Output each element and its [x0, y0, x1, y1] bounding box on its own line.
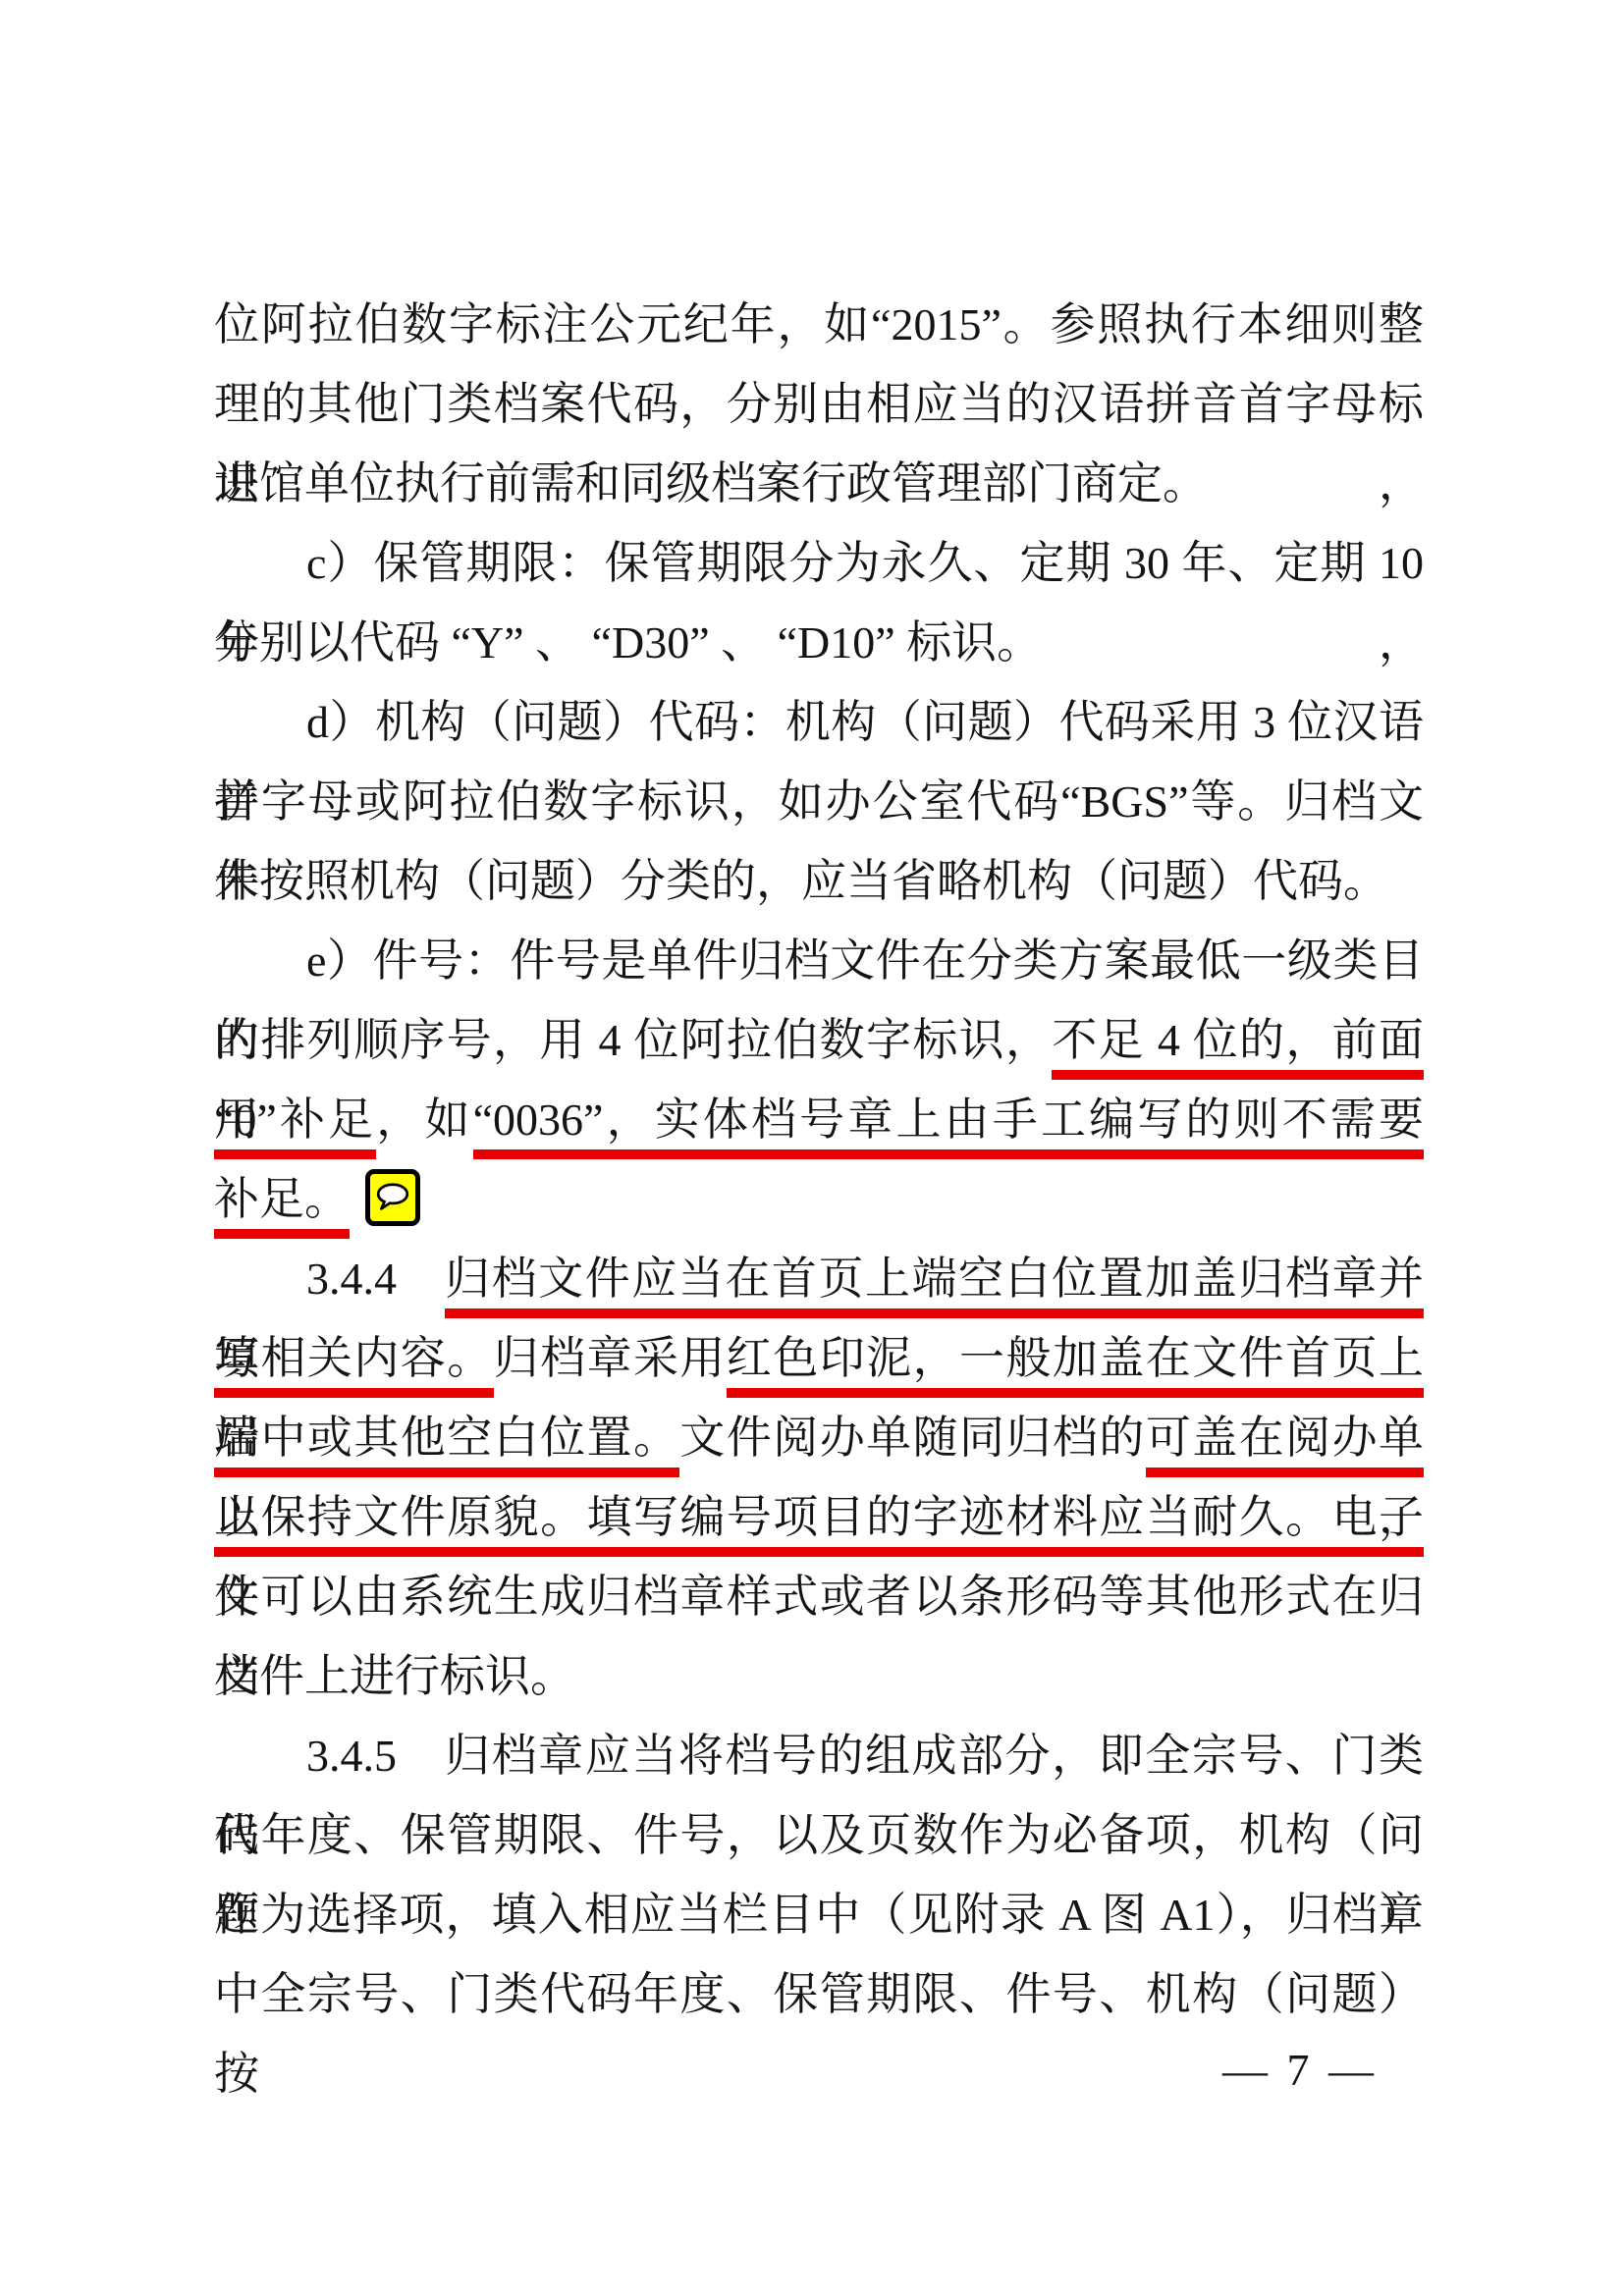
text-run: 作为选择项，填入相应当栏目中（见附录 A 图 A1），归档章	[214, 1890, 1424, 1940]
comment-icon[interactable]	[365, 1169, 420, 1226]
red-underlined-text: 补足。	[214, 1174, 350, 1239]
text-line: 位阿拉伯数字标注公元纪年，如“2015”。参照执行本细则整	[214, 285, 1424, 364]
text-run: 3.4.4	[306, 1254, 445, 1304]
text-line: 3.4.5 归档章应当将档号的组成部分，即全宗号、门类代	[214, 1716, 1424, 1795]
text-block: 位阿拉伯数字标注公元纪年，如“2015”。参照执行本细则整理的其他门类档案代码，…	[214, 285, 1424, 2034]
text-run: 的排列顺序号，用 4 位阿拉伯数字标识，	[214, 1015, 1052, 1065]
red-underlined-text: 写相关内容。	[214, 1333, 494, 1398]
text-line: 理的其他门类档案代码，分别由相应当的汉语拼音首字母标识，	[214, 364, 1424, 444]
text-line: 以保持文件原貌。填写编号项目的字迹材料应当耐久。电子文	[214, 1477, 1424, 1557]
text-line: d）机构（问题）代码：机构（问题）代码采用 3 位汉语拼	[214, 682, 1424, 762]
text-line: 中全宗号、门类代码年度、保管期限、件号、机构（问题）按	[214, 1954, 1424, 2034]
text-line: 3.4.4 归档文件应当在首页上端空白位置加盖归档章并填	[214, 1239, 1424, 1318]
text-run: ，如	[376, 1095, 472, 1145]
red-underlined-text: 居中或其他空白位置。	[214, 1413, 679, 1477]
text-run: 文件上进行标识。	[214, 1651, 575, 1701]
red-underlined-text: “0036”，实体档号章上由手工编写的则不需要	[473, 1095, 1424, 1159]
text-run: 文件阅办单随同归档的	[679, 1413, 1145, 1463]
document-page: 位阿拉伯数字标注公元纪年，如“2015”。参照执行本细则整理的其他门类档案代码，…	[0, 0, 1624, 2296]
text-line: e）件号：件号是单件归档文件在分类方案最低一级类目内	[214, 921, 1424, 1000]
text-line: 码年度、保管期限、件号，以及页数作为必备项，机构（问题）	[214, 1795, 1424, 1875]
text-run: 分别以代码 “Y” 、 “D30” 、 “D10” 标识。	[214, 617, 1042, 667]
text-run: 归档章采用	[494, 1333, 727, 1383]
text-line: 补足。	[214, 1159, 1424, 1239]
text-line: c）保管期限：保管期限分为永久、定期 30 年、定期 10 年，	[214, 523, 1424, 603]
text-line: 的排列顺序号，用 4 位阿拉伯数字标识，不足 4 位的，前面用	[214, 1000, 1424, 1080]
text-line: 作为选择项，填入相应当栏目中（见附录 A 图 A1），归档章	[214, 1875, 1424, 1954]
page-number: — 7 —	[1222, 2044, 1378, 2096]
red-underlined-text: “0”补足	[214, 1095, 376, 1159]
text-line: “0”补足，如“0036”，实体档号章上由手工编写的则不需要	[214, 1080, 1424, 1159]
text-line: 写相关内容。归档章采用红色印泥，一般加盖在文件首页上端	[214, 1318, 1424, 1398]
text-line: 件可以由系统生成归档章样式或者以条形码等其他形式在归档	[214, 1557, 1424, 1636]
text-line: 音字母或阿拉伯数字标识，如办公室代码“BGS”等。归档文件	[214, 762, 1424, 841]
text-line: 未按照机构（问题）分类的，应当省略机构（问题）代码。	[214, 841, 1424, 921]
text-run: 进馆单位执行前需和同级档案行政管理部门商定。	[214, 458, 1208, 508]
text-line: 文件上进行标识。	[214, 1636, 1424, 1716]
text-run: 未按照机构（问题）分类的，应当省略机构（问题）代码。	[214, 856, 1388, 906]
text-run: 位阿拉伯数字标注公元纪年，如“2015”。参照执行本细则整	[214, 299, 1424, 349]
text-line: 居中或其他空白位置。文件阅办单随同归档的可盖在阅办单上，	[214, 1398, 1424, 1477]
